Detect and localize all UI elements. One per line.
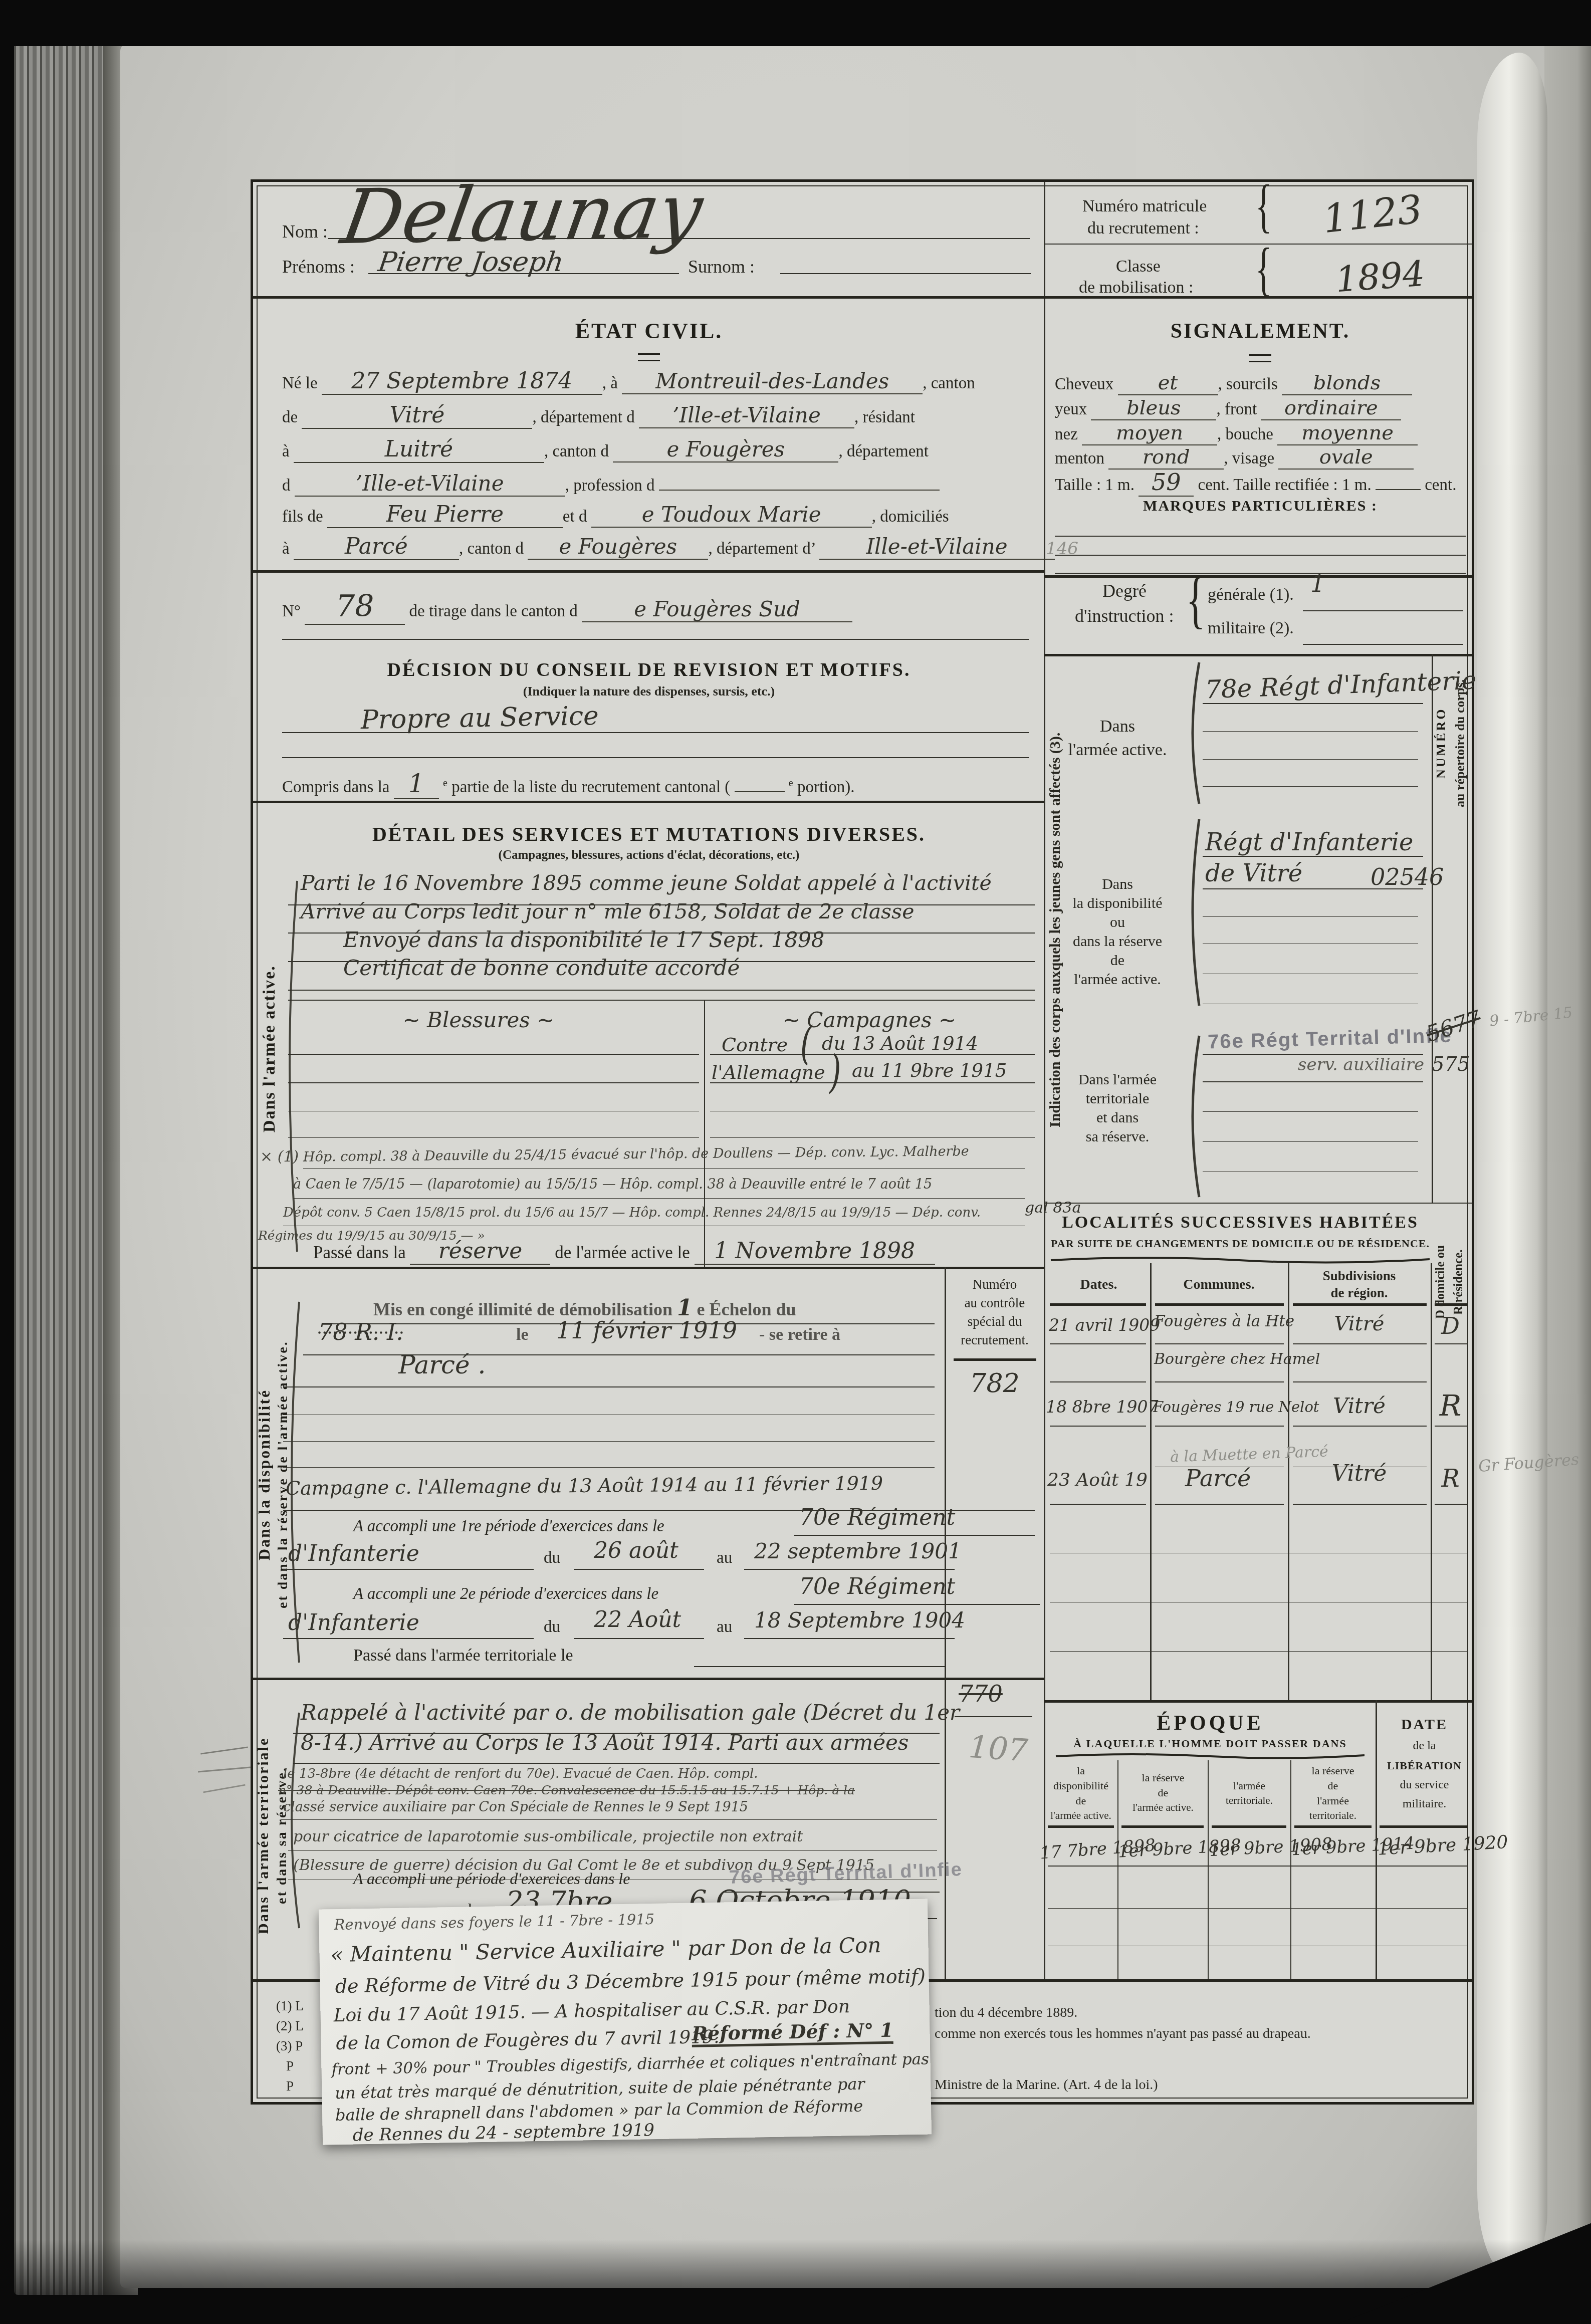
rappele-line-2: 8-14.) Arrivé au Corps le 13 Août 1914. … xyxy=(301,1730,908,1755)
dispo-value-1: Régt d'Infanterie xyxy=(1205,828,1413,856)
conge-l1-p2: e Échelon du xyxy=(697,1299,796,1319)
compris-blank xyxy=(735,773,785,792)
ep-date-h3: LIBÉRATION xyxy=(1381,1759,1468,1772)
decision-subtitle: (Indiquer la nature des dispenses, sursi… xyxy=(298,684,1000,699)
dispo-vertical-label-1: Dans la disponibilité xyxy=(255,1299,274,1650)
blessures-header: ~ Blessures ~ xyxy=(328,1008,629,1032)
conge-empty-1 xyxy=(283,1415,935,1415)
ep-date-h1: DATE xyxy=(1381,1716,1468,1733)
periode2-label: A accompli une 2e période d'exercices da… xyxy=(353,1585,658,1603)
ep-c4-h4: territoriale. xyxy=(1293,1809,1373,1822)
terr-fine-uline-3 xyxy=(281,1819,937,1820)
periode2-uline xyxy=(794,1604,1040,1605)
tirage-line-2 xyxy=(282,639,1029,640)
marques-line-2 xyxy=(1055,555,1466,556)
ep-c4-h1: la réserve xyxy=(1293,1764,1373,1777)
surnom-underline xyxy=(780,273,1031,274)
sig-r2-v1: bleus xyxy=(1091,396,1216,420)
ec-l3-h1: Luitré xyxy=(294,436,544,463)
terr-fine-3: classé service auxiliaire par Con Spécia… xyxy=(283,1799,748,1815)
localites-header-uline-d xyxy=(1435,1303,1468,1306)
terr-num-pencil: 107 xyxy=(968,1728,1029,1769)
bc-line-3b xyxy=(710,1111,1035,1111)
loc-r2-subdiv: Vitré xyxy=(1293,1393,1426,1418)
loc-row1-line-b xyxy=(1155,1343,1284,1344)
ec-l2-p1: de xyxy=(282,408,298,426)
localites-subtitle: PAR SUITE DE CHANGEMENTS DE DOMICILE OU … xyxy=(1050,1237,1431,1250)
rule-degre-bottom xyxy=(1044,654,1472,656)
ec-l3-p1: à xyxy=(282,442,290,460)
ec-l6-h2: e Fougères xyxy=(528,534,708,560)
slip-line-3: de Réforme de Vitré du 3 Décembre 1915 p… xyxy=(335,1965,926,1998)
loc-row3-line-a xyxy=(1050,1504,1146,1505)
numero-repertoire-label-1: NUMÉRO xyxy=(1434,680,1449,806)
terr-line-5 xyxy=(1203,1172,1418,1172)
conge-l2-p1: le xyxy=(516,1325,529,1344)
sig-taille-row: Taille : 1 m. 59 cent. Taille rectifiée … xyxy=(1055,469,1456,497)
ec-l2-h2: ’Ille-et-Vilaine xyxy=(639,403,854,428)
passe-p2: de l'armée active le xyxy=(555,1243,690,1262)
localites-col-communes: Communes. xyxy=(1155,1277,1283,1293)
signalement-dash xyxy=(1249,354,1271,362)
rule-ec-bottom xyxy=(253,570,1044,573)
page-behind xyxy=(1544,28,1591,2292)
loc-r2-dr: R xyxy=(1432,1388,1469,1423)
dispo-label-0: Dans xyxy=(1055,876,1180,893)
terr-vertical-label-1: Dans l'armée territoriale xyxy=(255,1695,272,1976)
footnote-left-4: P xyxy=(286,2058,294,2074)
campagnes-header: ~ Campagnes ~ xyxy=(719,1008,1020,1032)
surnom-label: Surnom : xyxy=(688,256,755,277)
sig-r1-l2: , sourcils xyxy=(1218,375,1278,393)
detail-fine-3: Dépôt conv. 5 Caen 15/8/15 prol. du 15/6… xyxy=(283,1205,981,1220)
degre-opt1: générale (1). xyxy=(1208,585,1294,604)
armee-active-label-1: Dans xyxy=(1055,717,1180,736)
compris-p1: Compris dans la xyxy=(282,778,389,796)
dispo-label-1: la disponibilité xyxy=(1045,895,1190,912)
classe-value: 1894 xyxy=(1334,253,1426,300)
ec-l2-p3: , résidant xyxy=(854,408,915,426)
ec-l5-h1: Feu Pierre xyxy=(327,502,563,528)
campagne-brace-close: ) xyxy=(829,1046,841,1099)
dispo-line-5 xyxy=(1203,974,1418,974)
classe-label-1: Classe xyxy=(1116,257,1161,276)
degre-label-2: d'instruction : xyxy=(1075,605,1174,626)
ec-l4-p1: d xyxy=(282,477,291,495)
decision-value: Propre au Service xyxy=(361,701,599,735)
terr-fine-1: le 13-8bre (4e détacht de renfort du 70e… xyxy=(283,1766,758,1781)
ec-l3-p2: , canton d xyxy=(544,442,609,460)
bc-line-2a xyxy=(288,1082,699,1083)
bc-line-1a xyxy=(288,1054,699,1055)
ec-l2-p2: , département d xyxy=(532,408,634,426)
aa-line-3 xyxy=(1203,759,1418,760)
nom-underline xyxy=(328,238,1030,239)
epoque-swash xyxy=(1055,1751,1366,1760)
bottom-shadow xyxy=(0,2240,1591,2324)
detail-line-3: Envoyé dans la disponibilité le 17 Sept.… xyxy=(343,927,825,952)
detail-fine-uline-3 xyxy=(283,1226,1025,1226)
detail-line-4: Certificat de bonne conduite accordé xyxy=(343,956,740,980)
controle-label-2: spécial du xyxy=(950,1314,1040,1329)
dispo-line-1 xyxy=(1203,856,1423,857)
footnote-left-1: (1) L xyxy=(276,1998,304,2014)
prenoms-label: Prénoms : xyxy=(282,256,355,277)
ep-c2-h1: la réserve xyxy=(1120,1771,1206,1784)
terr-stamp-note: serv. auxiliaire xyxy=(1298,1055,1424,1075)
inf1-uline-c xyxy=(744,1569,955,1570)
armee-active-brace xyxy=(1184,660,1202,806)
inf2-h1: 22 Août xyxy=(594,1607,681,1633)
inf1-h: d'Infanterie xyxy=(288,1541,419,1566)
taille-rectifiee-blank xyxy=(1376,470,1421,490)
passe-terr-label: Passé dans l'armée territoriale le xyxy=(353,1646,573,1665)
loc-r1-subdiv: Vitré xyxy=(1293,1312,1426,1335)
footnote-right-1: tion du 4 décembre 1889. xyxy=(935,2005,1077,2021)
degre-brace: { xyxy=(1186,564,1205,637)
bc-line-4a xyxy=(288,1137,699,1138)
ec-line-4: d ’Ille-et-Vilaine, profession d xyxy=(282,470,940,497)
marques-line-3 xyxy=(1055,573,1466,574)
inf2-h2: 18 Septembre 1904 xyxy=(754,1608,965,1633)
tirage-line: N° 78 de tirage dans le canton d e Fougè… xyxy=(282,589,852,625)
footnote-left-2: (2) L xyxy=(276,2018,304,2034)
ec-l3-p3: , département xyxy=(838,442,929,460)
ep-c1-h1: la xyxy=(1046,1764,1116,1777)
localites-header-uline-b xyxy=(1155,1303,1284,1306)
terr-num-rule xyxy=(955,1716,1032,1717)
ep-c1-h3: de xyxy=(1046,1794,1116,1807)
classe-brace: { xyxy=(1255,236,1272,304)
ec-l1-h2: Montreuil-des-Landes xyxy=(622,369,923,394)
slip-line-1: Renvoyé dans ses foyers le 11 - 7bre - 1… xyxy=(334,1911,654,1933)
terr-line-4 xyxy=(1203,1141,1418,1142)
top-black-band xyxy=(0,0,1591,46)
terr-label-2: et dans xyxy=(1045,1109,1190,1126)
loc-row1b-line-a xyxy=(1050,1381,1146,1382)
passe-reserve-line: Passé dans la réserve de l'armée active … xyxy=(313,1238,935,1265)
passe-terr-blank xyxy=(694,1666,945,1667)
detail-subtitle: (Campagnes, blessures, actions d'éclat, … xyxy=(298,848,1000,862)
dispo-line-6 xyxy=(1203,1004,1418,1004)
conge-l3-h1: Parcé . xyxy=(398,1350,486,1379)
localites-col-dates: Dates. xyxy=(1050,1277,1148,1293)
sig-r4-v1: rond xyxy=(1108,445,1224,470)
sig-r2-l1: yeux xyxy=(1055,400,1087,418)
ep-header-uline-2 xyxy=(1121,1825,1204,1828)
dispo-value-2: de Vitré xyxy=(1205,859,1302,887)
sig-row-3: nez moyen, bouche moyenne xyxy=(1055,421,1418,445)
tirage-h2: e Fougères Sud xyxy=(582,597,852,622)
sig-r1-v2: blonds xyxy=(1282,371,1412,395)
ep-header-uline-5 xyxy=(1380,1825,1468,1828)
detail-fine-uline-2 xyxy=(293,1198,1025,1199)
ec-line-3: à Luitré, canton d e Fougères, départeme… xyxy=(282,436,929,463)
ep-c4-h3: l'armée xyxy=(1293,1794,1373,1807)
terr-label-0: Dans l'armée xyxy=(1045,1071,1190,1088)
loc-row1b-line-b xyxy=(1155,1381,1284,1382)
conge-l1-p1: Mis en congé illimité de démobilisation xyxy=(373,1299,672,1319)
inf2-p2: au xyxy=(717,1618,732,1637)
ec-l1-p2: , à xyxy=(602,374,618,392)
armee-active-label-2: l'armée active. xyxy=(1050,741,1185,760)
compris-p2: partie de la liste du recrutement canton… xyxy=(451,778,730,796)
inf2-uline-a xyxy=(283,1638,534,1639)
inf1-uline-b xyxy=(574,1569,704,1570)
ep-empty-2 xyxy=(1048,1946,1468,1946)
sig-row-1: Cheveux et, sourcils blonds xyxy=(1055,371,1412,395)
prenoms-underline xyxy=(368,273,679,274)
loc-row1-line-d xyxy=(1435,1343,1468,1344)
terr-label-3: sa réserve. xyxy=(1045,1128,1190,1145)
loc-empty-3 xyxy=(1050,1651,1468,1652)
loc-r3-commune: Parcé xyxy=(1185,1465,1251,1492)
sig-r3-l2: , bouche xyxy=(1217,425,1273,443)
inf1-p2: au xyxy=(717,1549,732,1567)
detail-fine-uline-1 xyxy=(303,1168,1025,1169)
controle-label-3: recrutement. xyxy=(950,1332,1040,1348)
sig-r1-v1: et xyxy=(1118,371,1218,395)
controle-label-1: au contrôle xyxy=(950,1295,1040,1311)
ec-line-5: fils de Feu Pierreet d e Toudoux Marie, … xyxy=(282,502,949,528)
loc-empty-2 xyxy=(1050,1602,1468,1602)
scanned-register-page: Nom : Delaunay Prénoms : Pierre Joseph S… xyxy=(0,0,1591,2324)
ep-c3-h2: territoriale. xyxy=(1210,1794,1288,1807)
compris-sup2: e xyxy=(789,778,793,789)
aa-line-1 xyxy=(1203,703,1423,704)
sig-r2-v2: ordinaire xyxy=(1261,396,1401,420)
inf2-h: d'Infanterie xyxy=(288,1610,419,1636)
armee-active-vertical-label: Dans l'armée active. xyxy=(260,858,279,1239)
loc-r3-subdiv: Vitré xyxy=(1293,1461,1426,1486)
rule-compris-bottom xyxy=(253,801,1044,803)
ec-l2-h1: Vitré xyxy=(302,402,532,429)
loc-r3-dr: R xyxy=(1432,1465,1469,1493)
rule-header-bottom xyxy=(253,296,1472,299)
campagne-l1b: du 13 Août 1914 xyxy=(822,1033,978,1054)
epoque-bottom-rule xyxy=(1044,1979,1472,1982)
dispo-label-4: de xyxy=(1055,952,1180,969)
loc-r1-dr: D xyxy=(1432,1312,1469,1339)
slip-line-5: de la Comon de Fougères du 7 avril 1919. xyxy=(336,2027,719,2054)
loc-row1b-line-c xyxy=(1293,1381,1427,1382)
matricule-label-2: du recrutement : xyxy=(1087,219,1199,238)
ec-line-1: Né le 27 Septembre 1874, à Montreuil-des… xyxy=(282,368,975,395)
dispo-label-3: dans la réserve xyxy=(1045,933,1190,950)
sig-row-2: yeux bleus, front ordinaire xyxy=(1055,396,1401,420)
dispo-brace xyxy=(1184,817,1202,1008)
detail-title: DÉTAIL DES SERVICES ET MUTATIONS DIVERSE… xyxy=(298,822,1000,846)
aa-line-4 xyxy=(1203,786,1418,787)
conge-l2-h1: 78 R. I. xyxy=(318,1318,403,1345)
ep-date-h2: de la xyxy=(1381,1739,1468,1753)
matricule-label-1: Numéro matricule xyxy=(1082,197,1207,216)
terr-left-brace xyxy=(282,1710,302,1931)
matricule-form-card: Nom : Delaunay Prénoms : Pierre Joseph S… xyxy=(251,179,1474,2105)
ec-l4-blank xyxy=(659,470,940,491)
ec-l4-h1: ’Ille-et-Vilaine xyxy=(295,471,565,497)
campagne-l2a: l'Allemagne xyxy=(712,1061,825,1083)
localites-col-subdiv-1: Subdivisions xyxy=(1293,1268,1426,1284)
localites-col-subdiv-2: de région. xyxy=(1293,1285,1426,1301)
slip-line-5b: Réformé Déf : N° 1 xyxy=(692,2019,893,2047)
ec-l3-h2: e Fougères xyxy=(613,437,838,462)
loc-row1-line-a xyxy=(1050,1343,1146,1344)
epoque-col-line-1 xyxy=(1117,1760,1118,1981)
terr-line-3 xyxy=(1203,1111,1418,1112)
footnote-right-2: comme non exercés tous les hommes n'ayan… xyxy=(935,2026,1311,2042)
conge-uline-3 xyxy=(283,1386,935,1387)
sig-r3-v2: moyenne xyxy=(1277,421,1418,445)
dispo-line-2 xyxy=(1203,888,1423,889)
ep-c4-h2: de xyxy=(1293,1779,1373,1792)
terr-fine-4: pour cicatrice de laparotomie sus-ombili… xyxy=(293,1828,803,1845)
ec-l5-p3: , domiciliés xyxy=(872,508,949,526)
ec-l4-p2: , profession d xyxy=(565,477,655,495)
terr-label-1: territoriale xyxy=(1045,1090,1190,1107)
sig-r4-l2: , visage xyxy=(1224,449,1274,468)
ep-c3-value: 1er 9bre 1908 xyxy=(1209,1836,1291,1861)
loc-row2-line-d xyxy=(1435,1426,1468,1427)
ec-l5-p2: et d xyxy=(563,508,587,526)
terr-line-1 xyxy=(1203,1054,1423,1055)
dispo-line-4 xyxy=(1203,944,1418,944)
taille-label: Taille : 1 m. xyxy=(1055,476,1134,494)
ec-l5-p1: fils de xyxy=(282,508,323,526)
loc-r1-date: 21 avril 1909 xyxy=(1049,1315,1160,1335)
sig-r4-l1: menton xyxy=(1055,449,1104,468)
localites-header-uline-c xyxy=(1293,1303,1427,1306)
terr-fine-2: n° 38 à Deauville. Dépôt conv. Caen 70e.… xyxy=(278,1783,855,1797)
ep-header-uline-1 xyxy=(1048,1825,1114,1828)
page-edge-curl xyxy=(1477,53,1547,2277)
ep-date-h5: militaire. xyxy=(1381,1797,1468,1811)
rappele-uline-2 xyxy=(293,1763,940,1764)
compris-p3: portion). xyxy=(797,778,855,796)
slip-line-2: « Maintenu " Service Auxiliaire " par Do… xyxy=(330,1933,881,1967)
etat-civil-title: ÉTAT CIVIL. xyxy=(474,318,824,344)
ec-l1-p3: , canton xyxy=(923,374,975,392)
ec-l1-h1: 27 Septembre 1874 xyxy=(322,368,602,395)
compris-line: Compris dans la 1 e partie de la liste d… xyxy=(282,769,855,799)
periode2-value: 70e Régiment xyxy=(799,1574,955,1599)
aa-line-2 xyxy=(1203,731,1418,732)
bc-divider xyxy=(704,1000,705,1267)
loc-row2-line-c xyxy=(1293,1426,1427,1427)
sig-r3-l1: nez xyxy=(1055,425,1078,443)
detail-line-1: Parti le 16 Novembre 1895 comme jeune So… xyxy=(301,871,992,895)
terr-fine-uline-4 xyxy=(288,1850,937,1851)
compris-h1: 1 xyxy=(394,769,439,799)
detail-uline-4 xyxy=(288,990,1035,991)
inf2-uline-b xyxy=(574,1638,704,1639)
sig-r4-v2: ovale xyxy=(1278,445,1414,470)
ep-header-uline-4 xyxy=(1294,1825,1372,1828)
decision-title: DÉCISION DU CONSEIL DE REVISION ET MOTIF… xyxy=(298,659,1000,681)
ep-empty-1 xyxy=(1048,1908,1468,1909)
sig-r2-l2: , front xyxy=(1216,400,1257,418)
terr-num-crossed-margin: 770 xyxy=(959,1680,1003,1707)
ec-line-6: à Parcé, canton d e Fougères, départemen… xyxy=(282,534,1055,560)
loc-row3-line-c xyxy=(1293,1504,1427,1505)
inf2-uline-c xyxy=(744,1638,955,1639)
degre-opt1-line xyxy=(1303,610,1463,611)
inf1-p1: du xyxy=(544,1549,560,1567)
epoque-col-line-2 xyxy=(1208,1760,1209,1981)
campagne-l1a: Contre xyxy=(722,1034,788,1056)
rule-detail-bottom xyxy=(253,1267,1044,1269)
dispo-num: 02546 xyxy=(1371,863,1444,890)
localites-top-rule xyxy=(1044,1203,1472,1204)
tirage-p1: N° xyxy=(282,602,301,620)
loc-empty-1 xyxy=(1050,1553,1468,1553)
loc-row3-line-d xyxy=(1435,1504,1468,1505)
numero-repertoire-divider xyxy=(1432,654,1433,1203)
ec-l6-p2: , canton d xyxy=(459,540,524,558)
sig-r1-l1: Cheveux xyxy=(1055,375,1113,393)
terr-num: 575 xyxy=(1432,1053,1470,1076)
ep-date-h4: du service xyxy=(1381,1778,1468,1792)
passe-h1: réserve xyxy=(410,1238,550,1265)
periode1-label: A accompli une 1re période d'exercices d… xyxy=(353,1517,664,1536)
marques-scribble: 146 xyxy=(1046,539,1078,559)
ep-c1-h2: disponibilité xyxy=(1043,1779,1119,1792)
conge-uline-2 xyxy=(303,1354,935,1355)
terr-line-2 xyxy=(1203,1081,1423,1082)
conge-l2-p2: - se retire à xyxy=(759,1325,840,1344)
ec-l6-p3: , département d’ xyxy=(708,540,815,558)
taille-cent-label: cent. xyxy=(1425,476,1456,494)
degre-opt1-value: 1 xyxy=(1310,570,1325,597)
epoque-title: ÉPOQUE xyxy=(1050,1711,1371,1735)
inf1-h2: 22 septembre 1901 xyxy=(754,1539,962,1563)
inf1-h1: 26 août xyxy=(594,1538,678,1563)
epoque-subtitle: À LAQUELLE L'HOMME DOIT PASSER DANS xyxy=(1050,1737,1371,1750)
periode1-uline xyxy=(794,1535,1035,1536)
controle-label-0: Numéro xyxy=(950,1277,1040,1292)
tirage-p2: de tirage dans le canton d xyxy=(409,602,578,620)
epoque-col-line-3 xyxy=(1290,1760,1291,1981)
loc-row2-line-b xyxy=(1155,1426,1284,1427)
decision-line-2 xyxy=(282,757,1029,758)
ec-l1-p1: Né le xyxy=(282,374,318,392)
rappele-line-1: Rappelé à l'activité par o. de mobilisat… xyxy=(301,1700,960,1725)
marques-line-1 xyxy=(1055,536,1466,537)
taille-rectifiee-label: cent. Taille rectifiée : 1 m. xyxy=(1198,476,1372,494)
dispo-line-3 xyxy=(1203,916,1418,917)
localites-header-uline-a xyxy=(1050,1303,1146,1306)
dispo-label-2: ou xyxy=(1055,914,1180,931)
book-spine-pages xyxy=(14,40,107,2295)
passe-p1: Passé dans la xyxy=(313,1243,406,1262)
ep-c2-h3: l'armée active. xyxy=(1120,1801,1206,1814)
loc-r2-date: 18 8bre 1907 xyxy=(1046,1397,1158,1417)
ep-c3-h1: l'armée xyxy=(1210,1779,1288,1792)
dispo-label-5: l'armée active. xyxy=(1045,971,1190,988)
conge-empty-3 xyxy=(283,1467,935,1468)
passe-h2: 1 Novembre 1898 xyxy=(695,1238,935,1265)
etat-civil-dash xyxy=(638,353,660,361)
footnote-right-3: Ministre de la Marine. (Art. 4 de la loi… xyxy=(935,2077,1158,2093)
rule-conge-bottom xyxy=(253,1678,1044,1680)
loc-row2-line-a xyxy=(1050,1426,1146,1427)
ec-line-2: de Vitré, département d ’Ille-et-Vilaine… xyxy=(282,402,915,429)
loc-row3-line-b xyxy=(1155,1504,1284,1505)
periode1-value: 70e Régiment xyxy=(799,1505,955,1530)
loc-row1-line-c xyxy=(1293,1343,1427,1344)
conge-l2-h2: 11 février 1919 xyxy=(556,1317,737,1344)
controle-value: 782 xyxy=(950,1368,1040,1399)
